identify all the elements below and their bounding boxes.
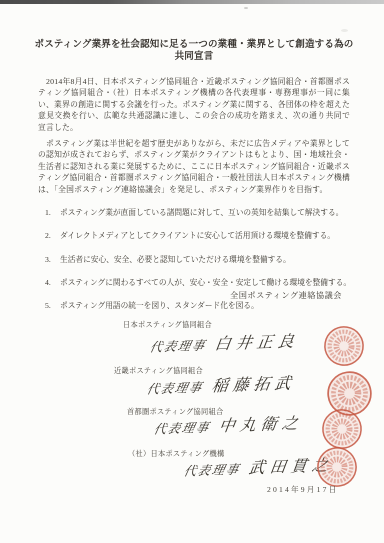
signature-name: 中丸衛之 <box>217 410 304 436</box>
item-text: ポスティング用語の統一を図り、スタンダード化を図る。 <box>60 301 259 310</box>
declaration-item-5: 5.ポスティング用語の統一を図り、スタンダード化を図る。 <box>45 300 384 311</box>
declaration-item-3: 3.生活者に安心、安全、必要と認知していただける環境を整備する。 <box>45 254 384 265</box>
signature-role: 代表理事 <box>182 460 242 480</box>
signatory-organization-1: 日本ポスティング協同組合 <box>123 320 212 330</box>
item-number: 4. <box>45 277 60 288</box>
item-number: 3. <box>45 254 60 265</box>
scan-edge-artifact <box>0 0 384 4</box>
item-text: ダイレクトメディアとしてクライアントに安心して活用頂ける環境を整備する。 <box>60 231 335 240</box>
intro-paragraph: 2014年8月4日、日本ポスティング協同組合・近畿ポスティング協同組合・首都圏ポ… <box>0 76 384 133</box>
handwritten-signature-1: 代表理事白井正良 <box>150 328 300 356</box>
item-number: 2. <box>45 230 60 241</box>
scan-smudge <box>244 7 248 9</box>
handwritten-signature-4: 代表理事武田貫之 <box>184 452 334 480</box>
item-text: ポスティングに関わるすべての人が、安心・安全・安定して働ける環境を整備する。 <box>60 278 351 287</box>
item-text: ポスティング業が直面している諸問題に対して、互いの英知を結集して解決する。 <box>60 208 343 217</box>
item-number: 5. <box>45 300 60 311</box>
signature-role: 代表理事 <box>152 418 212 438</box>
document-date: 2014年9月17日 <box>267 484 338 495</box>
document-title: ポスティング業界を社会認知に足る一つの業種・業界として創造する為の共同宣言 <box>0 0 384 63</box>
item-number: 1. <box>45 207 60 218</box>
handwritten-signature-3: 代表理事中丸衛之 <box>154 410 304 438</box>
declaration-item-2: 2.ダイレクトメディアとしてクライアントに安心して活用頂ける環境を整備する。 <box>45 230 384 241</box>
handwritten-signature-2: 代表理事稲藤拓武 <box>147 370 297 398</box>
declaration-paragraph: ポスティング業は半世紀を超す歴史がありながら、未だに広告メディアや業界としての認… <box>0 138 384 195</box>
declaration-item-4: 4.ポスティングに関わるすべての人が、安心・安全・安定して働ける環境を整備する。 <box>45 277 384 288</box>
declaration-item-1: 1.ポスティング業が直面している諸問題に対して、互いの英知を結集して解決する。 <box>45 207 384 218</box>
scan-smudge <box>341 29 348 32</box>
item-text: 生活者に安心、安全、必要と認知していただける環境を整備する。 <box>60 255 291 264</box>
signature-name: 稲藤拓武 <box>210 370 297 396</box>
scanned-declaration-document: ポスティング業界を社会認知に足る一つの業種・業界として創造する為の共同宣言 20… <box>0 0 384 543</box>
signature-role: 代表理事 <box>148 336 208 356</box>
signature-role: 代表理事 <box>145 378 205 398</box>
council-name: 全国ポスティング連絡協議会 <box>0 290 342 301</box>
signature-name: 白井正良 <box>213 328 300 354</box>
red-seal-stamp-1 <box>320 322 368 370</box>
